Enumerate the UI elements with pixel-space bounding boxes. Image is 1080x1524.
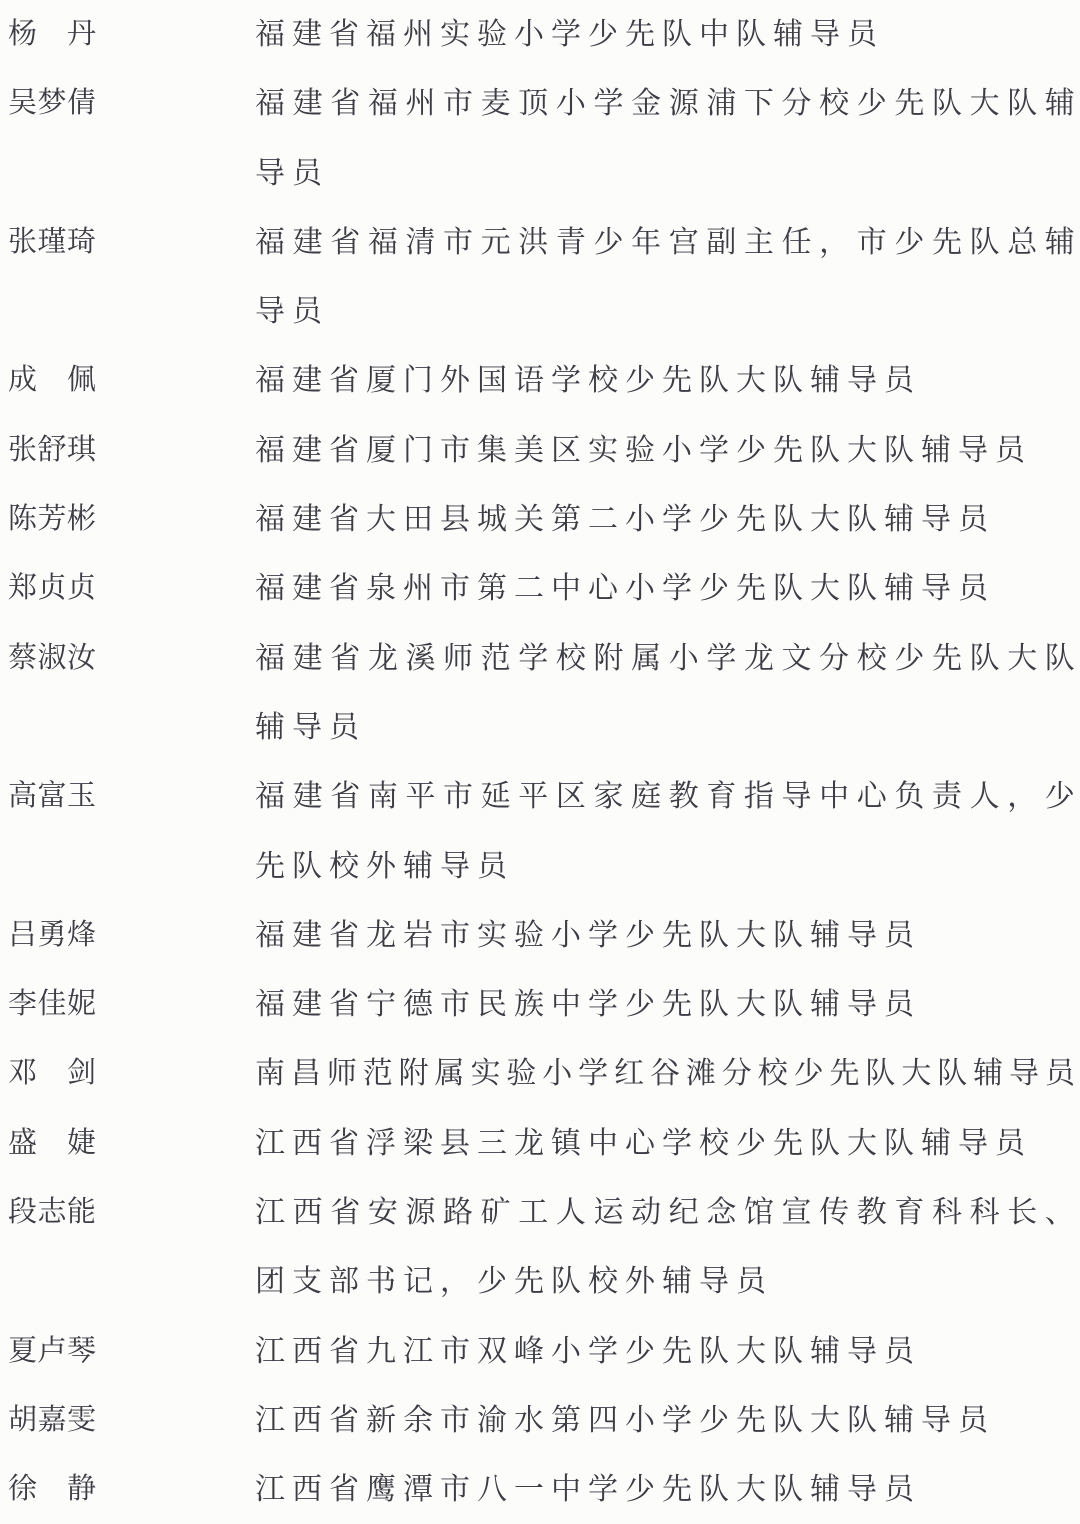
position-line: 江西省新余市渝水第四小学少先队大队辅导员 <box>255 1386 1075 1455</box>
roster-entry: 邓剑 南昌师范附属实验小学红谷滩分校少先队大队辅导员 <box>0 1039 1080 1108</box>
person-position: 福建省宁德市民族中学少先队大队辅导员 <box>255 970 1075 1039</box>
position-line: 导员 <box>255 139 1075 208</box>
person-position: 南昌师范附属实验小学红谷滩分校少先队大队辅导员 <box>255 1039 1075 1108</box>
person-position: 福建省大田县城关第二小学少先队大队辅导员 <box>255 485 1075 554</box>
person-name: 盛婕 <box>8 1109 96 1178</box>
person-position: 福建省福州市麦顶小学金源浦下分校少先队大队辅导员 <box>255 69 1075 208</box>
position-line: 福建省龙溪师范学校附属小学龙文分校少先队大队 <box>255 624 1075 693</box>
person-name: 高富玉 <box>8 762 96 831</box>
position-line: 江西省九江市双峰小学少先队大队辅导员 <box>255 1317 1075 1386</box>
roster-entry: 高富玉 福建省南平市延平区家庭教育指导中心负责人，少先队校外辅导员 <box>0 762 1080 901</box>
roster-entry: 夏卢琴 江西省九江市双峰小学少先队大队辅导员 <box>0 1317 1080 1386</box>
roster-entry: 杨丹 福建省福州实验小学少先队中队辅导员 <box>0 0 1080 69</box>
person-position: 江西省安源路矿工人运动纪念馆宣传教育科科长、团支部书记，少先队校外辅导员 <box>255 1178 1075 1317</box>
person-name: 张舒琪 <box>8 416 96 485</box>
roster-list: 杨丹 福建省福州实验小学少先队中队辅导员 吴梦倩 福建省福州市麦顶小学金源浦下分… <box>0 0 1080 1524</box>
person-name: 夏卢琴 <box>8 1317 96 1386</box>
roster-entry: 吕勇烽 福建省龙岩市实验小学少先队大队辅导员 <box>0 901 1080 970</box>
roster-entry: 蔡淑汝 福建省龙溪师范学校附属小学龙文分校少先队大队辅导员 <box>0 624 1080 763</box>
position-line: 福建省福州实验小学少先队中队辅导员 <box>255 0 1075 69</box>
position-line: 福建省宁德市民族中学少先队大队辅导员 <box>255 970 1075 1039</box>
roster-entry: 盛婕 江西省浮梁县三龙镇中心学校少先队大队辅导员 <box>0 1109 1080 1178</box>
person-position: 福建省龙溪师范学校附属小学龙文分校少先队大队辅导员 <box>255 624 1075 763</box>
person-position: 江西省浮梁县三龙镇中心学校少先队大队辅导员 <box>255 1109 1075 1178</box>
person-name: 李佳妮 <box>8 970 96 1039</box>
roster-entry: 郑贞贞 福建省泉州市第二中心小学少先队大队辅导员 <box>0 554 1080 623</box>
position-line: 福建省龙岩市实验小学少先队大队辅导员 <box>255 901 1075 970</box>
person-name: 邓剑 <box>8 1039 96 1108</box>
position-line: 江西省鹰潭市八一中学少先队大队辅导员 <box>255 1455 1075 1524</box>
person-name: 胡嘉雯 <box>8 1386 96 1455</box>
person-name: 段志能 <box>8 1178 96 1247</box>
person-position: 福建省福清市元洪青少年宫副主任，市少先队总辅导员 <box>255 208 1075 347</box>
person-position: 福建省厦门市集美区实验小学少先队大队辅导员 <box>255 416 1075 485</box>
person-name: 吴梦倩 <box>8 69 96 138</box>
person-position: 福建省龙岩市实验小学少先队大队辅导员 <box>255 901 1075 970</box>
roster-entry: 陈芳彬 福建省大田县城关第二小学少先队大队辅导员 <box>0 485 1080 554</box>
person-name: 郑贞贞 <box>8 554 96 623</box>
position-line: 辅导员 <box>255 693 1075 762</box>
roster-entry: 徐静 江西省鹰潭市八一中学少先队大队辅导员 <box>0 1455 1080 1524</box>
person-name: 张瑾琦 <box>8 208 96 277</box>
person-name: 杨丹 <box>8 0 96 69</box>
roster-entry: 胡嘉雯 江西省新余市渝水第四小学少先队大队辅导员 <box>0 1386 1080 1455</box>
position-line: 福建省泉州市第二中心小学少先队大队辅导员 <box>255 554 1075 623</box>
person-name: 成佩 <box>8 346 96 415</box>
person-name: 蔡淑汝 <box>8 624 96 693</box>
person-position: 福建省南平市延平区家庭教育指导中心负责人，少先队校外辅导员 <box>255 762 1075 901</box>
position-line: 福建省福清市元洪青少年宫副主任，市少先队总辅 <box>255 208 1075 277</box>
person-name: 陈芳彬 <box>8 485 96 554</box>
position-line: 福建省厦门市集美区实验小学少先队大队辅导员 <box>255 416 1075 485</box>
person-name: 徐静 <box>8 1455 96 1524</box>
position-line: 江西省浮梁县三龙镇中心学校少先队大队辅导员 <box>255 1109 1075 1178</box>
document-page: 杨丹 福建省福州实验小学少先队中队辅导员 吴梦倩 福建省福州市麦顶小学金源浦下分… <box>0 0 1080 1524</box>
position-line: 江西省安源路矿工人运动纪念馆宣传教育科科长、 <box>255 1178 1075 1247</box>
position-line: 福建省福州市麦顶小学金源浦下分校少先队大队辅 <box>255 69 1075 138</box>
person-name: 吕勇烽 <box>8 901 96 970</box>
position-line: 先队校外辅导员 <box>255 832 1075 901</box>
person-position: 江西省鹰潭市八一中学少先队大队辅导员 <box>255 1455 1075 1524</box>
position-line: 导员 <box>255 277 1075 346</box>
roster-entry: 吴梦倩 福建省福州市麦顶小学金源浦下分校少先队大队辅导员 <box>0 69 1080 208</box>
roster-entry: 成佩 福建省厦门外国语学校少先队大队辅导员 <box>0 346 1080 415</box>
person-position: 福建省厦门外国语学校少先队大队辅导员 <box>255 346 1075 415</box>
person-position: 江西省九江市双峰小学少先队大队辅导员 <box>255 1317 1075 1386</box>
position-line: 南昌师范附属实验小学红谷滩分校少先队大队辅导员 <box>255 1039 1075 1108</box>
position-line: 福建省南平市延平区家庭教育指导中心负责人，少 <box>255 762 1075 831</box>
position-line: 福建省大田县城关第二小学少先队大队辅导员 <box>255 485 1075 554</box>
position-line: 团支部书记，少先队校外辅导员 <box>255 1247 1075 1316</box>
roster-entry: 李佳妮 福建省宁德市民族中学少先队大队辅导员 <box>0 970 1080 1039</box>
person-position: 福建省福州实验小学少先队中队辅导员 <box>255 0 1075 69</box>
person-position: 福建省泉州市第二中心小学少先队大队辅导员 <box>255 554 1075 623</box>
roster-entry: 张瑾琦 福建省福清市元洪青少年宫副主任，市少先队总辅导员 <box>0 208 1080 347</box>
roster-entry: 段志能 江西省安源路矿工人运动纪念馆宣传教育科科长、团支部书记，少先队校外辅导员 <box>0 1178 1080 1317</box>
position-line: 福建省厦门外国语学校少先队大队辅导员 <box>255 346 1075 415</box>
person-position: 江西省新余市渝水第四小学少先队大队辅导员 <box>255 1386 1075 1455</box>
roster-entry: 张舒琪 福建省厦门市集美区实验小学少先队大队辅导员 <box>0 416 1080 485</box>
